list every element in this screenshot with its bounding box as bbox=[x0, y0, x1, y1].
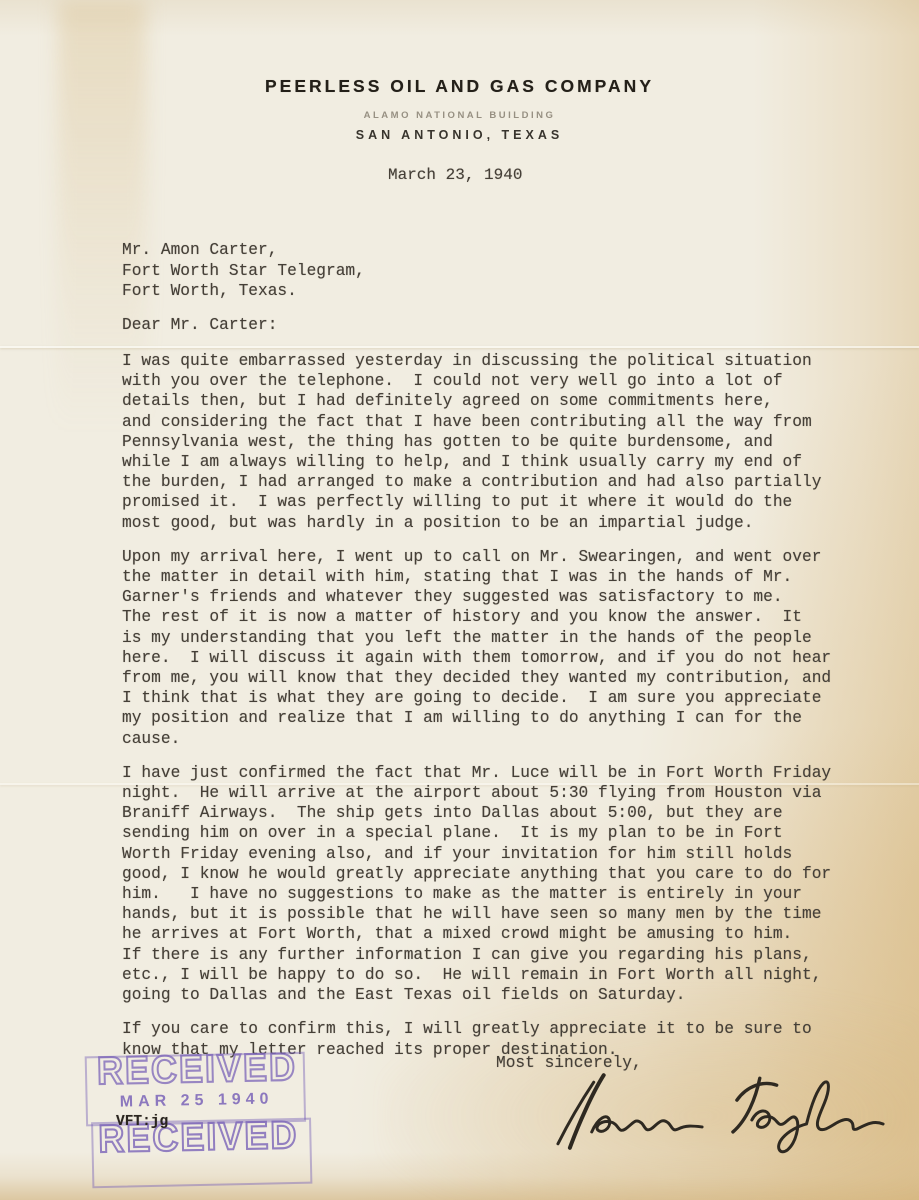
letterhead: PEERLESS OIL AND GAS COMPANY ALAMO NATIO… bbox=[0, 76, 919, 142]
body-line: while I am always willing to help, and I… bbox=[122, 452, 882, 472]
body-line: Worth Friday evening also, and if your i… bbox=[122, 844, 882, 864]
body-line: going to Dallas and the East Texas oil f… bbox=[122, 985, 882, 1005]
recipient-block: Mr. Amon Carter,Fort Worth Star Telegram… bbox=[122, 240, 365, 302]
body-line: most good, but was hardly in a position … bbox=[122, 513, 882, 533]
body-line: promised it. I was perfectly willing to … bbox=[122, 492, 882, 512]
fold-crease bbox=[0, 346, 919, 348]
body-line: details then, but I had definitely agree… bbox=[122, 391, 882, 411]
body-line: with you over the telephone. I could not… bbox=[122, 371, 882, 391]
stamp-word-top: RECEIVED bbox=[87, 1044, 308, 1094]
text-line: Fort Worth Star Telegram, bbox=[122, 261, 365, 282]
body-line: Pennsylvania west, the thing has gotten … bbox=[122, 432, 882, 452]
body-line: I was quite embarrassed yesterday in dis… bbox=[122, 351, 882, 371]
body-line: If you care to confirm this, I will grea… bbox=[122, 1019, 882, 1039]
city-name: SAN ANTONIO, TEXAS bbox=[0, 128, 919, 142]
body-line: If there is any further information I ca… bbox=[122, 945, 882, 965]
body-line: hands, but it is possible that he will h… bbox=[122, 904, 882, 924]
letter-page: PEERLESS OIL AND GAS COMPANY ALAMO NATIO… bbox=[0, 0, 919, 1200]
body-line: I think that is what they are going to d… bbox=[122, 688, 882, 708]
body-line: from me, you will know that they decided… bbox=[122, 668, 882, 688]
building-name: ALAMO NATIONAL BUILDING bbox=[0, 110, 919, 121]
paragraph: Upon my arrival here, I went up to call … bbox=[122, 547, 882, 749]
body-line: he arrives at Fort Worth, that a mixed c… bbox=[122, 924, 882, 944]
body-line: Garner's friends and whatever they sugge… bbox=[122, 587, 882, 607]
letter-body: I was quite embarrassed yesterday in dis… bbox=[122, 351, 882, 1074]
signature bbox=[548, 1070, 896, 1165]
date-line: March 23, 1940 bbox=[388, 166, 522, 184]
typist-initials: VFT:jg bbox=[116, 1114, 168, 1130]
company-name: PEERLESS OIL AND GAS COMPANY bbox=[0, 76, 919, 97]
text-line: Mr. Amon Carter, bbox=[122, 240, 365, 261]
body-line: and considering the fact that I have bee… bbox=[122, 412, 882, 432]
body-line: him. I have no suggestions to make as th… bbox=[122, 884, 882, 904]
signature-stroke bbox=[592, 1117, 702, 1132]
signature-stroke bbox=[752, 1082, 883, 1152]
paragraph: I have just confirmed the fact that Mr. … bbox=[122, 763, 882, 1005]
body-line: good, I know he would greatly appreciate… bbox=[122, 864, 882, 884]
body-line: I have just confirmed the fact that Mr. … bbox=[122, 763, 882, 783]
body-line: here. I will discuss it again with them … bbox=[122, 648, 882, 668]
paragraph: I was quite embarrassed yesterday in dis… bbox=[122, 351, 882, 533]
body-line: Upon my arrival here, I went up to call … bbox=[122, 547, 882, 567]
body-line: cause. bbox=[122, 729, 882, 749]
body-line: etc., I will be happy to do so. He will … bbox=[122, 965, 882, 985]
text-line: Fort Worth, Texas. bbox=[122, 281, 365, 302]
body-line: The rest of it is now a matter of histor… bbox=[122, 607, 882, 627]
body-line: is my understanding that you left the ma… bbox=[122, 628, 882, 648]
body-line: the burden, I had arranged to make a con… bbox=[122, 472, 882, 492]
body-line: my position and realize that I am willin… bbox=[122, 708, 882, 728]
body-line: sending him on over in a special plane. … bbox=[122, 823, 882, 843]
body-line: Braniff Airways. The ship gets into Dall… bbox=[122, 803, 882, 823]
salutation: Dear Mr. Carter: bbox=[122, 316, 277, 334]
body-line: the matter in detail with him, stating t… bbox=[122, 567, 882, 587]
body-line: night. He will arrive at the airport abo… bbox=[122, 783, 882, 803]
